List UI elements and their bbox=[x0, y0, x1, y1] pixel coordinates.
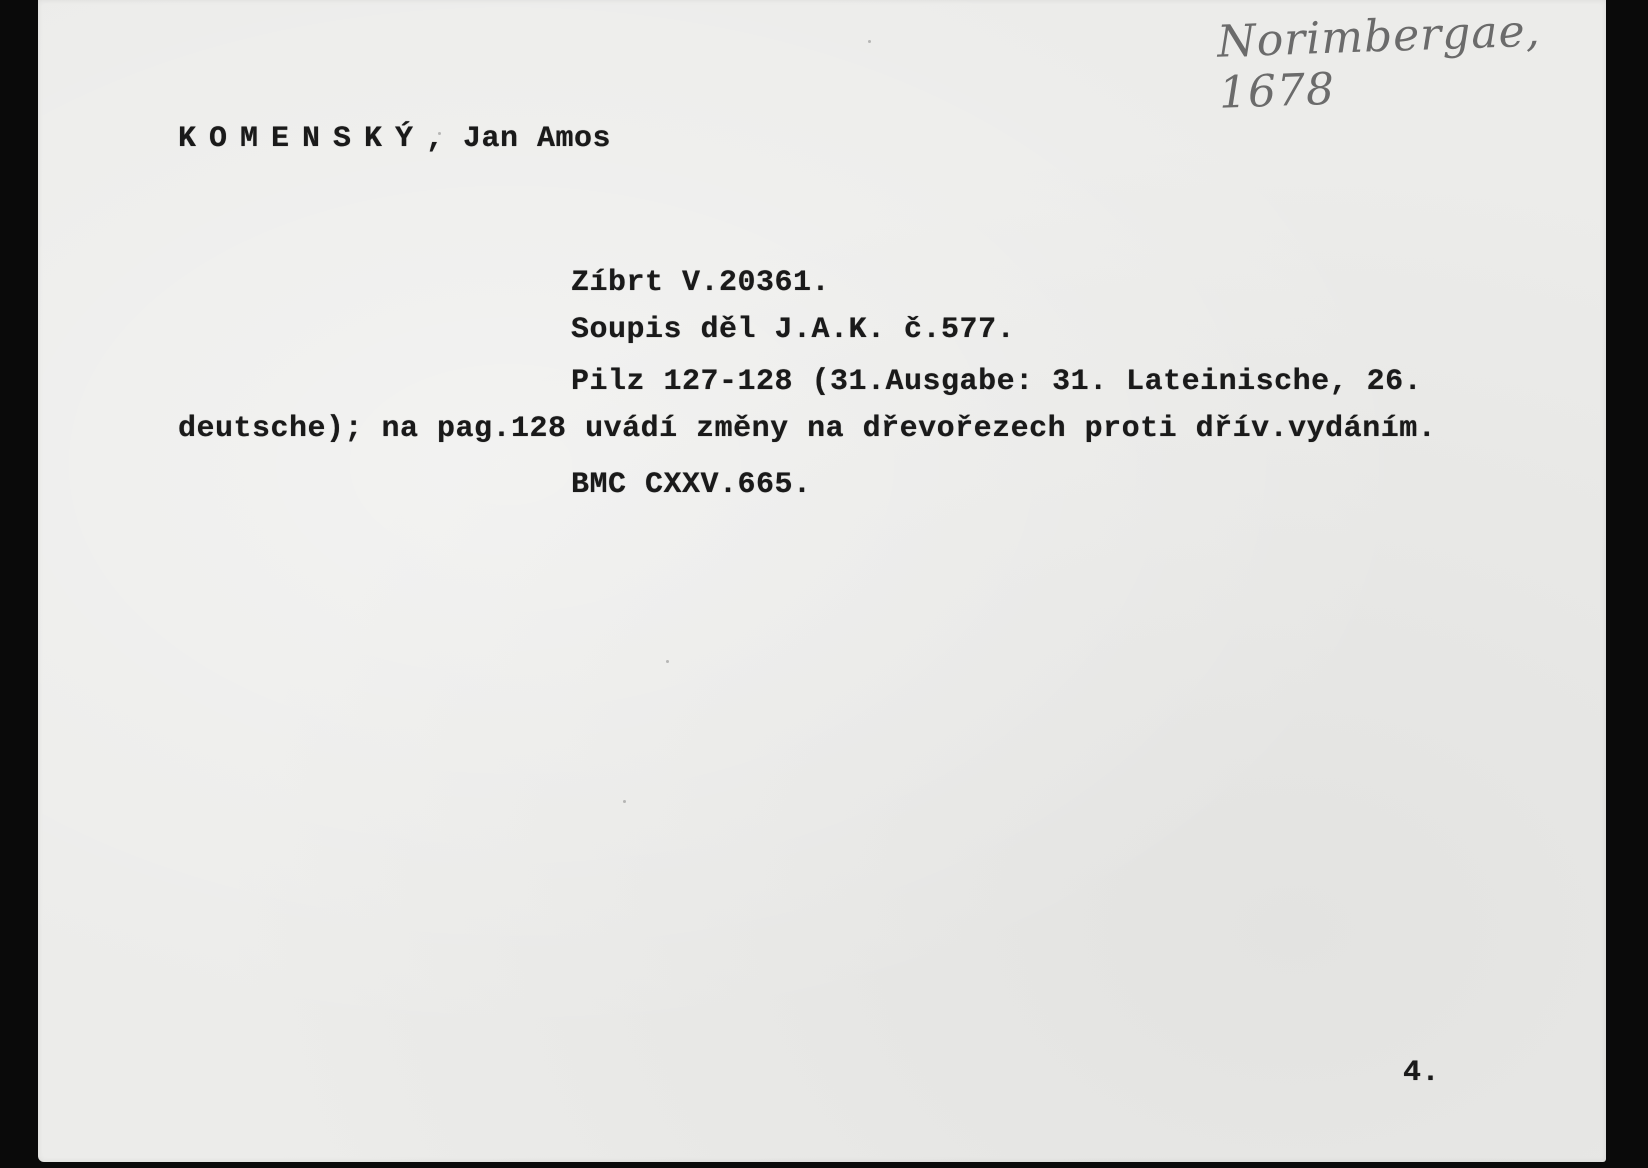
paper-speck bbox=[666, 660, 669, 663]
reference-pilz: Pilz 127-128 (31.Ausgabe: 31. Lateinisch… bbox=[571, 365, 1422, 399]
author-surname: KOMENSKÝ bbox=[178, 122, 426, 156]
reference-soupis: Soupis děl J.A.K. č.577. bbox=[571, 313, 1015, 347]
reference-bmc: BMC CXXV.665. bbox=[571, 468, 812, 502]
author-given-names: , Jan Amos bbox=[426, 122, 611, 156]
author-heading: KOMENSKÝ, Jan Amos bbox=[178, 122, 611, 156]
handwritten-note: Norimbergae, 1678 bbox=[1216, 3, 1607, 118]
paper-speck bbox=[438, 132, 441, 135]
catalog-card: Norimbergae, 1678 KOMENSKÝ, Jan Amos Zíb… bbox=[38, 0, 1606, 1162]
reference-pilz-continued: deutsche); na pag.128 uvádí změny na dře… bbox=[178, 412, 1436, 446]
paper-speck bbox=[623, 800, 626, 803]
paper-speck bbox=[868, 40, 871, 43]
card-number: 4. bbox=[1403, 1056, 1440, 1090]
reference-zibrt: Zíbrt V.20361. bbox=[571, 266, 830, 300]
